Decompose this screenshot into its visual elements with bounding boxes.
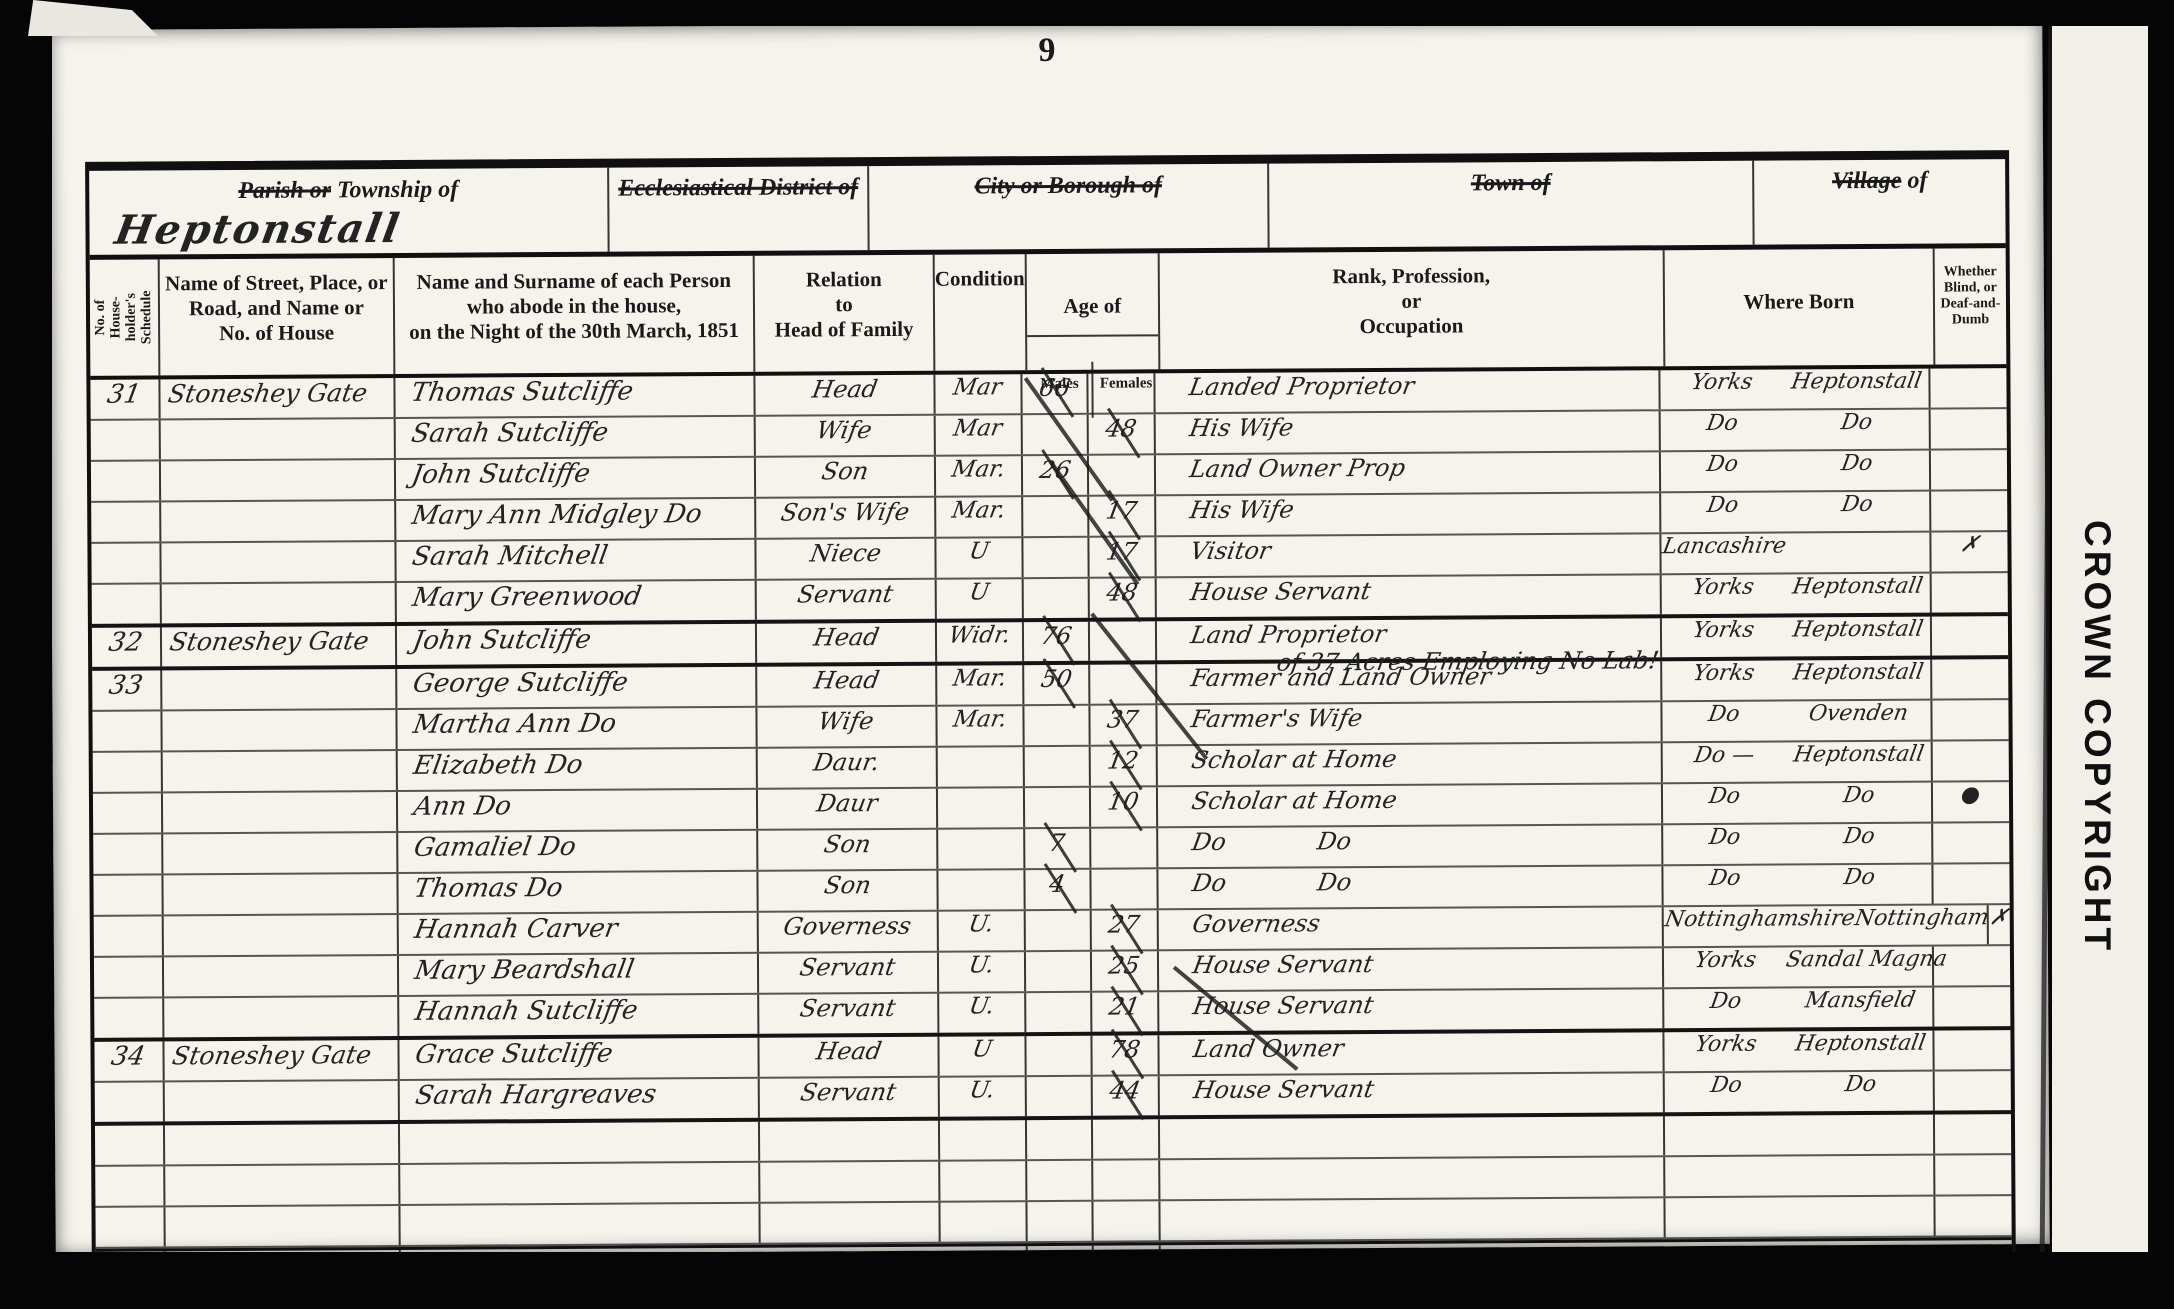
person-name-text: Mary Greenwood [410,581,644,612]
relation-text: Governess [782,912,914,941]
cell-infirmity-mark [1935,1196,2011,1235]
person-name-text: Thomas Do [412,873,565,904]
scan-border-top [0,0,2174,26]
cell-occupation: House Servant [1159,989,1664,1031]
age-male-text: 76 [1038,622,1073,650]
cell-infirmity-mark: ● [1933,782,2009,821]
born-part: Heptonstall [1779,574,1933,614]
cell-person-name: Sarah Sutcliffe [396,417,756,458]
cell-age-male: 66 [1022,374,1088,413]
cell-occupation [1160,1198,1665,1240]
relation-text: Servant [796,580,896,609]
cell-street-name [163,792,398,832]
cell-street-name [161,542,396,582]
condition-text: U [967,579,991,605]
cell-age-male [1023,538,1089,577]
condition-text: Mar [952,415,1005,441]
occupation-text: His Wife [1188,495,1296,524]
cell-infirmity-mark [1932,616,2008,655]
condition-text: U. [968,1077,997,1103]
person-name-text: Grace Sutcliffe [413,1039,615,1070]
cell-infirmity-mark [1934,987,2010,1026]
age-male-text: 4 [1047,870,1067,898]
age-female-text: 25 [1107,951,1142,979]
born-part: Nottingham [1850,905,1990,945]
scan-border-bottom [0,1252,2174,1309]
occupation-text: Scholar at Home [1189,745,1399,774]
cell-infirmity-mark [1933,823,2009,862]
cell-street-name [165,1165,400,1205]
cell-relation: Son [758,871,938,911]
age-male-text: 66 [1037,374,1072,402]
cell-occupation: House Servant [1159,948,1664,990]
occupation-text: Governess [1190,909,1322,938]
born-part [1662,1156,1789,1196]
cell-occupation: Do Do [1158,866,1663,908]
born-part: Yorks [1661,1031,1788,1071]
cell-condition: U [937,579,1024,619]
occupation-text: Visitor [1188,537,1273,566]
cell-where-born: DoDo [1661,410,1931,451]
occupation-text: House Servant [1191,991,1376,1020]
cell-condition: Widr. [937,622,1024,662]
relation-text: Head [811,623,881,651]
condition-text: U. [967,952,996,978]
cell-person-name: Martha Ann Do [397,708,757,749]
born-part: Do [1781,824,1935,864]
cell-age-male [1025,747,1091,786]
relation-text: Son [822,830,873,858]
cell-person-name: Gamaliel Do [398,831,758,872]
cell-schedule-number [95,1166,165,1205]
condition-text: Mar. [950,497,1007,523]
cell-relation: Servant [759,994,939,1034]
cell-age-male: 7 [1025,829,1091,868]
occupation-text: Land Owner [1191,1034,1346,1063]
person-name-text: Ann Do [411,791,513,822]
cell-where-born: DoDo [1665,1072,1935,1113]
infirmity-mark-text: ● [1959,782,1982,807]
occupation-text: Farmer's Wife [1189,704,1365,733]
age-male-text: 26 [1037,456,1072,484]
cell-age-female: 21 [1092,992,1159,1031]
col-header-born: Where Born [1665,249,1936,367]
condition-text: Mar. [951,706,1008,732]
occupation-text: Land Proprietor [1189,620,1389,649]
cell-street-name [164,915,399,955]
cell-condition: Mar. [937,665,1024,705]
cell-condition: Mar. [936,456,1023,496]
cell-infirmity-mark [1930,368,2006,407]
age-female-text: 48 [1105,578,1140,606]
col-header-condition: Condition [935,254,1028,371]
scan-border-right [2148,0,2174,1309]
cell-age-female: 27 [1092,910,1159,949]
cell-age-female: 48 [1089,414,1156,453]
cell-relation: Governess [759,912,939,952]
occupation-text: Do Do [1190,827,1354,856]
col-header-age: Age of Males Females [1027,253,1161,370]
relation-text: Wife [817,707,877,735]
cell-schedule-number: 31 [90,379,160,418]
cell-person-name [400,1122,760,1163]
cell-street-name: Stoneshey Gate [162,626,397,666]
born-part: Do [1778,410,1932,450]
cell-schedule-number [95,1125,165,1164]
cell-schedule-number: 33 [92,670,162,709]
margin-strip: CROWN COPYRIGHT [2052,20,2150,1256]
infirmity-mark-text: ✗ [1988,905,2011,930]
relation-text: Son's Wife [779,498,912,527]
born-part: Do [1660,824,1787,864]
infirmity-mark-text: ✗ [1958,532,1981,557]
cell-age-female: 17 [1089,537,1156,576]
cell-age-female [1090,664,1157,703]
ecclesiastical-cell: Ecclesiastical District of [609,166,870,252]
cell-condition: Mar. [937,706,1024,746]
cell-condition [938,747,1025,787]
age-female-text: 17 [1104,496,1139,524]
cell-relation: Wife [757,707,937,747]
cell-person-name: Thomas Do [398,872,758,913]
cell-age-male: 4 [1025,870,1091,909]
cell-age-male [1027,1077,1093,1116]
cell-age-female: 37 [1090,705,1157,744]
cell-relation: Daur [758,789,938,829]
cell-infirmity-mark [1931,409,2007,448]
col-header-street: Name of Street, Place, or Road, and Name… [160,258,396,375]
cell-condition: Mar. [936,497,1023,537]
cell-where-born: DoOvenden [1662,701,1932,742]
cell-street-name [163,751,398,791]
cell-street-name: Stoneshey Gate [164,1040,399,1080]
town-label-struck: Town of [1471,170,1551,196]
born-part: Yorks [1658,574,1785,614]
age-female-text: 44 [1108,1076,1143,1104]
cell-street-name [165,1124,400,1164]
cell-relation: Servant [757,580,937,620]
born-part: Heptonstall [1778,369,1932,409]
cell-relation [760,1121,940,1161]
person-name-text: Thomas Sutcliffe [409,377,636,408]
age-male-text: 50 [1039,665,1074,693]
condition-text: Mar [952,374,1005,400]
age-female-text: 21 [1107,992,1142,1020]
condition-text: U. [967,993,996,1019]
born-part: Heptonstall [1780,660,1934,700]
born-part: Yorks [1657,370,1784,410]
cell-street-name [162,583,397,623]
cell-schedule-number: 34 [94,1041,164,1080]
cell-schedule-number [95,1082,165,1121]
cell-street-name [164,956,399,996]
person-name-text: Sarah Hargreaves [413,1079,658,1110]
age-of-label: Age of [1027,278,1158,337]
born-part [1662,1115,1789,1155]
cell-occupation: Land Owner [1159,1032,1664,1074]
born-part: Do [1660,865,1787,905]
cell-condition: U [936,538,1023,578]
cell-person-name: Sarah Hargreaves [400,1079,760,1120]
cell-age-female: 48 [1090,578,1157,617]
cell-condition [938,829,1025,869]
cell-condition [938,870,1025,910]
born-part [1782,1115,1936,1155]
street-name-text: Stoneshey Gate [168,626,372,656]
cell-age-male: 26 [1023,456,1089,495]
village-label-struck: Village [1832,168,1902,194]
parish-value-handwriting: Heptonstall [111,205,404,254]
born-part: Do [1661,1072,1788,1112]
age-female-text: 12 [1106,746,1141,774]
born-part: Do [1779,492,1933,532]
col-header-schedule: No. of House- holder's Schedule [90,259,161,375]
person-name-text: Mary Ann Midgley Do [410,499,705,531]
cell-age-male [1026,952,1092,991]
born-part: Do [1778,451,1932,491]
condition-text: Mar. [950,456,1007,482]
city-borough-label-struck: City or Borough of [974,172,1162,199]
col-header-blind: Whether Blind, or Deaf-and- Dumb [1935,248,2007,364]
cell-schedule-number [91,502,161,541]
cell-condition [938,788,1025,828]
parish-label-struck: Parish or [238,177,331,204]
cell-age-male [1023,415,1089,454]
relation-text: Head [811,666,881,694]
cell-occupation [1160,1157,1665,1199]
person-name-text: Gamaliel Do [412,832,579,863]
cell-age-male [1023,497,1089,536]
age-male-text: 7 [1047,829,1067,857]
cell-schedule-number: 32 [92,627,162,666]
cell-relation: Daur. [758,748,938,788]
age-female-text: 10 [1106,787,1141,815]
cell-occupation: Governess [1159,907,1664,949]
cell-street-name [161,460,396,500]
cell-relation: Son [758,830,938,870]
cell-infirmity-mark [1935,1071,2011,1110]
cell-person-name: Hannah Carver [399,913,759,954]
born-part: Yorks [1659,660,1786,700]
cell-occupation: Landed Proprietor [1155,370,1660,412]
age-female-text: 48 [1104,414,1139,442]
born-part: Do — [1659,742,1786,782]
cell-person-name: Mary Beardshall [399,954,759,995]
cell-schedule-number [93,834,163,873]
cell-schedule-number [91,461,161,500]
cell-occupation: House Servant [1157,575,1662,617]
cell-occupation: Farmer's Wife [1157,702,1662,744]
cell-infirmity-mark [1934,946,2010,985]
town-cell: Town of [1269,161,1755,248]
born-part: Do [1782,1072,1936,1112]
cell-age-female [1091,828,1158,867]
cell-person-name: Sarah Mitchell [396,540,756,581]
cell-street-name [161,501,396,541]
cell-age-male [1026,911,1092,950]
cell-where-born [1665,1197,1935,1238]
born-part: Do [1658,493,1785,533]
schedule-number-text: 33 [107,671,145,701]
condition-text: Mar. [951,665,1008,691]
cell-person-name: Elizabeth Do [398,749,758,790]
person-name-text: Martha Ann Do [411,709,619,740]
cell-street-name [161,419,396,459]
schedule-number-text: 34 [109,1042,147,1072]
born-part: Mansfield [1782,988,1936,1028]
cell-age-male [1025,788,1091,827]
cell-age-female [1088,373,1155,412]
table-body: 31Stoneshey GateThomas SutcliffeHeadMar6… [90,368,2011,1249]
cell-age-male [1024,579,1090,618]
cell-where-born: YorksHeptonstall [1662,617,1932,658]
cell-schedule-number [95,1207,165,1246]
cell-where-born: YorksHeptonstall [1660,369,1930,410]
cell-infirmity-mark [1931,491,2007,530]
cell-where-born: NottinghamshireNottingham [1664,905,1990,946]
cell-age-female [1093,1160,1160,1199]
cell-where-born: Lancashire [1661,533,1931,574]
condition-text: U. [967,911,996,937]
cell-schedule-number [92,584,162,623]
person-name-text: Hannah Sutcliffe [413,996,640,1027]
person-name-text: Elizabeth Do [411,750,585,781]
cell-infirmity-mark [1932,700,2008,739]
cell-schedule-number [91,543,161,582]
cell-condition [940,1161,1027,1201]
cell-condition: U. [940,1077,1027,1117]
cell-person-name: Thomas Sutcliffe [395,376,755,417]
schedule-vertical-label: No. of House- holder's Schedule [90,259,159,375]
cell-person-name: Hannah Sutcliffe [399,995,759,1036]
born-part: Do [1781,865,1935,905]
cell-age-female [1093,1119,1160,1158]
relation-text: Niece [808,539,883,567]
cell-age-male [1027,1120,1093,1159]
relation-text: Servant [799,1078,899,1107]
cell-condition: U. [939,911,1026,951]
village-cell: Village of [1754,159,2006,245]
cell-relation: Head [759,1037,939,1077]
census-sheet: 9 Parish or Township of Heptonstall Eccl… [48,18,2049,1256]
person-name-text: Mary Beardshall [412,955,636,986]
occupation-text: Landed Proprietor [1187,372,1416,401]
cell-schedule-number [93,793,163,832]
parish-cell: Parish or Township of Heptonstall [89,168,610,255]
cell-age-female: 78 [1092,1035,1159,1074]
cell-street-name [162,669,397,709]
born-part: Ovenden [1780,701,1934,741]
cell-occupation: Do Do [1158,825,1663,867]
occupation-text: Farmer and Land Owner [1189,662,1493,692]
condition-text: Widr. [947,622,1013,648]
occupation-text: Do Do [1190,868,1354,897]
cell-where-born: DoDo [1661,492,1931,533]
cell-age-female: 17 [1089,496,1156,535]
cell-person-name [400,1204,760,1245]
cell-infirmity-mark [1931,450,2007,489]
schedule-number-text: 31 [105,380,143,410]
born-part: Do [1658,452,1785,492]
cell-occupation: Scholar at Home [1158,743,1663,785]
cell-age-male [1024,706,1090,745]
cell-where-born: DoDo [1663,824,1933,865]
cell-where-born: DoDo [1663,783,1933,824]
section-header: Parish or Township of Heptonstall Eccles… [89,159,2006,260]
cell-relation: Son's Wife [756,498,936,538]
cell-age-female [1089,455,1156,494]
cell-schedule-number [94,998,164,1037]
born-part: Do [1780,783,1934,823]
born-part [1782,533,1933,573]
cell-infirmity-mark [1934,1030,2010,1069]
relation-text: Daur [814,789,879,817]
cell-where-born [1665,1115,1935,1156]
cell-schedule-number [93,875,163,914]
cell-infirmity-mark [1933,864,2009,903]
age-female-text: 37 [1105,705,1140,733]
cell-condition: U. [939,993,1026,1033]
cell-street-name [162,710,397,750]
cell-infirmity-mark: ✗ [1931,532,2007,571]
cell-infirmity-mark: ✗ [1989,905,2010,944]
born-part [1783,1197,1937,1237]
cell-street-name [163,874,398,914]
cell-person-name [400,1163,760,1204]
cell-person-name: John Sutcliffe [397,624,757,665]
born-part: Lancashire [1658,533,1788,573]
person-name-text: John Sutcliffe [409,459,592,490]
cell-infirmity-mark [1932,659,2008,698]
cell-where-born: YorksHeptonstall [1662,574,1932,615]
person-name-text: George Sutcliffe [411,668,631,699]
cell-infirmity-mark [1935,1155,2011,1194]
relation-text: Son [819,457,870,485]
cell-person-name: Mary Ann Midgley Do [396,499,756,540]
crown-copyright-stamp: CROWN COPYRIGHT [2076,520,2118,954]
occupation-text: His Wife [1187,413,1295,442]
census-table: Parish or Township of Heptonstall Eccles… [85,150,2016,1309]
ecclesiastical-label-struck: Ecclesiastical District of [618,174,858,201]
city-borough-cell: City or Borough of [869,164,1270,250]
born-part: Heptonstall [1780,742,1934,782]
cell-schedule-number [94,957,164,996]
col-header-name: Name and Surname of each Person who abod… [395,256,756,374]
born-part [1662,1197,1789,1237]
age-female-text: 17 [1104,537,1139,565]
relation-text: Wife [815,416,875,444]
relation-text: Head [814,1037,884,1065]
born-part: Nottinghamshire [1660,906,1856,946]
occupation-text: House Servant [1191,1075,1376,1104]
cell-age-female [1091,869,1158,908]
street-name-text: Stoneshey Gate [170,1040,374,1070]
cell-age-female [1093,1201,1160,1240]
cell-person-name: Mary Greenwood [397,581,757,622]
cell-schedule-number [92,711,162,750]
cell-infirmity-mark [1933,741,2009,780]
occupation-text: House Servant [1188,577,1373,606]
street-name-text: Stoneshey Gate [166,378,370,408]
condition-text: U [970,1036,994,1062]
cell-occupation: Visitor [1156,534,1661,576]
cell-where-born: DoDo [1663,865,1933,906]
cell-where-born: DoMansfield [1664,988,1934,1029]
relation-text: Head [810,375,880,403]
cell-age-female: 10 [1091,787,1158,826]
cell-street-name [165,1206,400,1246]
cell-schedule-number [93,752,163,791]
